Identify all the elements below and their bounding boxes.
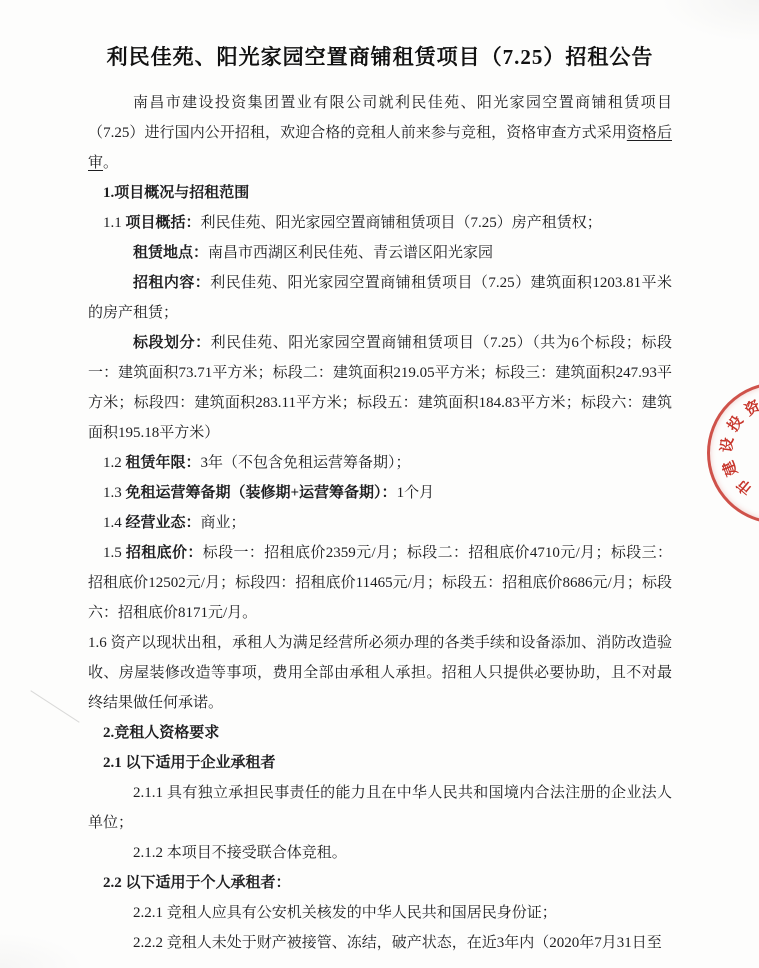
paragraph-heading-2: 2.竞租人资格要求 xyxy=(88,718,672,748)
text-run: 1.3 xyxy=(103,485,126,501)
paragraph-s2-2-1: 2.2.1 竞租人应具有公安机关核发的中华人民共和国居民身份证； xyxy=(88,898,672,928)
paragraph-s1-4-business: 1.4 经营业态：商业； xyxy=(88,508,672,538)
text-run: 租赁年限： xyxy=(126,455,201,471)
official-seal: 市建设投资 xyxy=(690,370,759,570)
text-run: 1个月 xyxy=(397,485,435,501)
paragraph-s2-1-2: 2.1.2 本项目不接受联合体竞租。 xyxy=(88,838,672,868)
text-run: 招租内容： xyxy=(133,275,210,291)
text-run: 1.项目概况与招租范围 xyxy=(103,185,249,201)
text-run: 3年（不包含免租运营筹备期）； xyxy=(201,455,411,471)
text-run: 租赁地点： xyxy=(133,245,208,261)
paragraph-intro: 南昌市建设投资集团置业有限公司就利民佳苑、阳光家园空置商铺租赁项目（7.25）进… xyxy=(88,88,672,178)
seal-character: 设 xyxy=(719,436,737,454)
text-run: 2.2 以下适用于个人承租者： xyxy=(103,875,291,891)
document-content: 利民佳苑、阳光家园空置商铺租赁项目（7.25）招租公告 南昌市建设投资集团置业有… xyxy=(88,40,672,958)
seal-ring-icon xyxy=(707,382,759,524)
seal-character: 建 xyxy=(721,457,742,478)
paragraph-s1-1-content: 招租内容：利民佳苑、阳光家园空置商铺租赁项目（7.25）建筑面积1203.81平… xyxy=(88,268,672,328)
text-run: 项目概括： xyxy=(126,215,201,231)
paragraph-heading-2-2: 2.2 以下适用于个人承租者： xyxy=(88,868,672,898)
text-run: 招租底价： xyxy=(126,545,203,561)
text-run: 免租运营筹备期（装修期+运营筹备期）： xyxy=(126,485,397,501)
paragraph-heading-1: 1.项目概况与招租范围 xyxy=(88,178,672,208)
text-run: 2.1.1 具有独立承担民事责任的能力且在中华人民共和国境内合法注册的企业法人单… xyxy=(88,785,672,831)
text-run: 2.1 以下适用于企业承租者 xyxy=(103,755,276,771)
paragraph-s1-5-baseprice: 1.5 招租底价：标段一：招租底价2359元/月；标段二：招租底价4710元/月… xyxy=(88,538,672,628)
paragraph-s1-6-asis: 1.6 资产以现状出租，承租人为满足经营所必须办理的各类手续和设备添加、消防改造… xyxy=(88,628,672,718)
seal-character: 投 xyxy=(725,413,747,435)
paragraph-s2-2-2: 2.2.2 竞租人未处于财产被接管、冻结，破产状态，在近3年内（2020年7月3… xyxy=(88,928,672,958)
text-run: 2.1.2 本项目不接受联合体竞租。 xyxy=(133,845,347,861)
paragraph-s1-1-overview: 1.1 项目概括：利民佳苑、阳光家园空置商铺租赁项目（7.25）房产租赁权； xyxy=(88,208,672,238)
paragraph-s2-1-1: 2.1.1 具有独立承担民事责任的能力且在中华人民共和国境内合法注册的企业法人单… xyxy=(88,778,672,838)
paragraph-s1-2-term: 1.2 租赁年限：3年（不包含免租运营筹备期）； xyxy=(88,448,672,478)
paragraph-heading-2-1: 2.1 以下适用于企业承租者 xyxy=(88,748,672,778)
text-run: 。 xyxy=(103,155,118,171)
scan-artifact xyxy=(30,690,79,722)
text-run: 1.2 xyxy=(103,455,126,471)
seal-graphic: 市建设投资 xyxy=(690,370,759,570)
paragraph-s1-3-rentfree: 1.3 免租运营筹备期（装修期+运营筹备期）：1个月 xyxy=(88,478,672,508)
text-run: 1.4 xyxy=(103,515,126,531)
text-run: 商业； xyxy=(201,515,246,531)
text-run: 2.竞租人资格要求 xyxy=(103,725,219,741)
seal-character: 资 xyxy=(742,398,759,420)
text-run: 经营业态： xyxy=(126,515,201,531)
scanned-document-page: 利民佳苑、阳光家园空置商铺租赁项目（7.25）招租公告 南昌市建设投资集团置业有… xyxy=(0,0,759,968)
document-title: 利民佳苑、阳光家园空置商铺租赁项目（7.25）招租公告 xyxy=(88,40,672,74)
text-run: 1.6 资产以现状出租，承租人为满足经营所必须办理的各类手续和设备添加、消防改造… xyxy=(88,635,672,711)
text-run: 标段划分： xyxy=(133,335,211,351)
text-run: 利民佳苑、阳光家园空置商铺租赁项目（7.25）房产租赁权； xyxy=(201,215,602,231)
text-run: 1.1 xyxy=(103,215,126,231)
text-run: 1.5 xyxy=(103,545,126,561)
paragraphs: 南昌市建设投资集团置业有限公司就利民佳苑、阳光家园空置商铺租赁项目（7.25）进… xyxy=(88,88,672,958)
text-run: 南昌市建设投资集团置业有限公司就利民佳苑、阳光家园空置商铺租赁项目（7.25）进… xyxy=(88,95,672,141)
text-run: 南昌市西湖区利民佳苑、青云谱区阳光家园 xyxy=(208,245,493,261)
text-run: 2.2.1 竞租人应具有公安机关核发的中华人民共和国居民身份证； xyxy=(133,905,557,921)
text-run: 2.2.2 竞租人未处于财产被接管、冻结，破产状态，在近3年内（2020年7月3… xyxy=(133,935,662,951)
paragraph-s1-1-sections: 标段划分：利民佳苑、阳光家园空置商铺租赁项目（7.25）（共为6个标段；标段一：… xyxy=(88,328,672,448)
seal-character: 市 xyxy=(734,475,757,498)
paragraph-s1-1-location: 租赁地点：南昌市西湖区利民佳苑、青云谱区阳光家园 xyxy=(88,238,672,268)
